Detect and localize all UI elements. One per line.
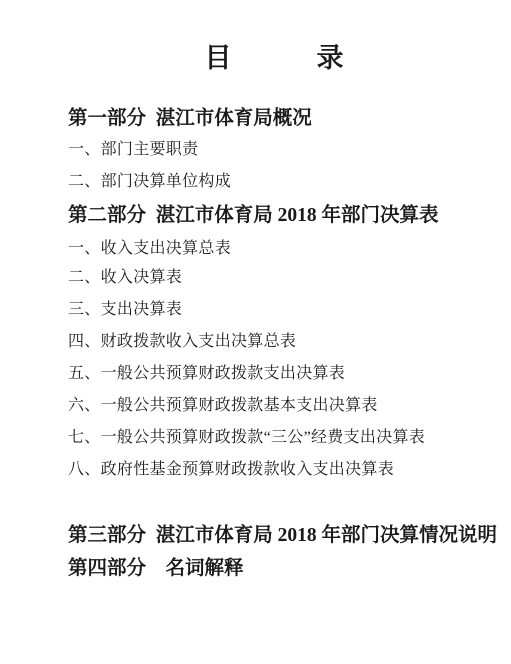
- toc-item-general-budget-expense-table: 五、一般公共预算财政拨款支出决算表: [68, 366, 493, 382]
- page-title: 目 录: [68, 44, 481, 74]
- document-page: 目 录 第一部分 湛江市体育局概况 一、部门主要职责 二、部门决算单位构成 第二…: [0, 0, 511, 664]
- toc-item-dept-duties: 一、部门主要职责: [68, 142, 493, 158]
- toc-item-fiscal-appropriation-summary: 四、财政拨款收入支出决算总表: [68, 334, 493, 350]
- toc-item-unit-composition: 二、部门决算单位构成: [68, 174, 493, 190]
- toc-item-general-budget-basic-expense-table: 六、一般公共预算财政拨款基本支出决算表: [68, 398, 493, 414]
- toc-item-three-public-expense-table: 七、一般公共预算财政拨款“三公”经费支出决算表: [68, 430, 493, 446]
- toc-item-expense-table: 三、支出决算表: [68, 302, 493, 318]
- toc-heading-part-3: 第三部分 湛江市体育局 2018 年部门决算情况说明: [68, 526, 493, 546]
- toc-item-gov-fund-budget-table: 八、政府性基金预算财政拨款收入支出决算表: [68, 462, 493, 478]
- toc-item-income-table: 二、收入决算表: [68, 270, 493, 286]
- toc-item-income-expense-summary: 一、收入支出决算总表: [68, 241, 493, 257]
- toc-heading-part-2: 第二部分 湛江市体育局 2018 年部门决算表: [68, 206, 493, 226]
- toc-heading-part-4: 第四部分 名词解释: [68, 559, 493, 579]
- toc-heading-part-1: 第一部分 湛江市体育局概况: [68, 109, 493, 129]
